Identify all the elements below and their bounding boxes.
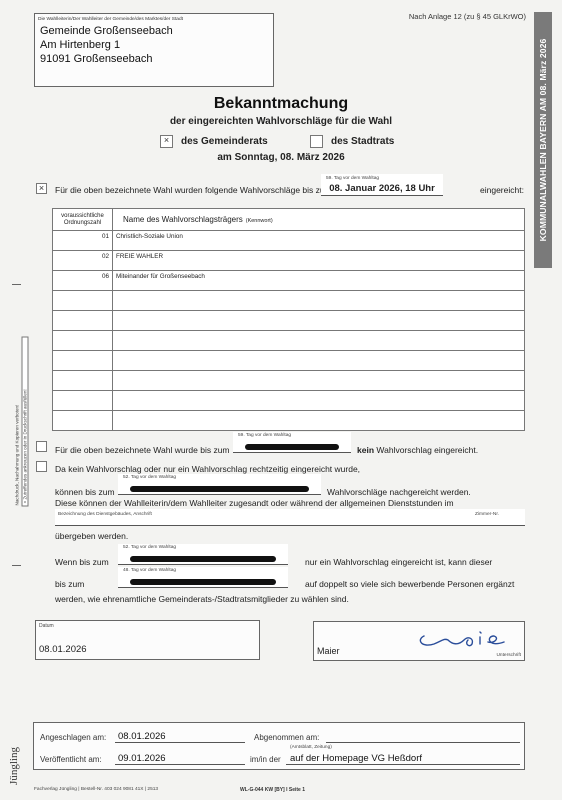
redacted-deadline [130, 486, 309, 492]
election-banner: KOMMUNALWAHLEN BAYERN AM 08. März 2026 [534, 12, 552, 268]
posted-label: Angeschlagen am: [40, 733, 106, 742]
table-row [53, 331, 525, 351]
table-row: 02FREIE WAHLER [53, 251, 525, 271]
submitted-deadline-field[interactable]: 59. Tag vor dem Wahltag 08. Januar 2026,… [321, 174, 443, 196]
diese-text: Diese können der Wahlleiterin/dem Wahlle… [55, 498, 454, 508]
table-row [53, 291, 525, 311]
checkbox-none-submitted[interactable] [36, 441, 47, 452]
header-number: voraussichtliche Ordnungszahl [53, 209, 113, 231]
table-row [53, 311, 525, 331]
row-number[interactable] [53, 411, 113, 431]
sender-caption: Die Wahlleiterin/Der Wahlleiter der Geme… [38, 17, 183, 22]
none-deadline-caption: 59. Tag vor dem Wahltag [238, 433, 291, 438]
table-row [53, 411, 525, 431]
signature-field[interactable]: Maier Unterschrift [313, 621, 525, 661]
kein-bold: kein [357, 445, 374, 455]
doppelt-text: auf doppelt so viele sich bewerbende Per… [305, 579, 514, 589]
in-label: im/in der [250, 755, 281, 764]
sender-line-3: 91091 Großenseebach [40, 53, 153, 65]
row-name[interactable] [113, 311, 525, 331]
office-address-field[interactable]: Bezeichnung des Dienstgebäudes, Anschrif… [55, 509, 525, 526]
wenn-deadline-field[interactable]: 52. Tag vor dem Wahltag [118, 544, 288, 565]
header-name-text: Name des Wahlvorschlagsträgers [123, 215, 243, 224]
posted-value: 08.01.2026 [118, 731, 166, 742]
koennen-text: können bis zum [55, 487, 115, 497]
bis-deadline-field[interactable]: 48. Tag vor dem Wahltag [118, 567, 288, 588]
table-row: 01Christlich-Soziale Union [53, 231, 525, 251]
submitted-suffix: eingereicht: [480, 185, 524, 195]
redacted-deadline [130, 579, 276, 585]
instruction-mark: × [23, 501, 28, 504]
election-date: am Sonntag, 08. März 2026 [0, 152, 562, 163]
row-name[interactable] [113, 391, 525, 411]
row-number[interactable] [53, 291, 113, 311]
table-row: 06Miteinander für Großenseebach [53, 271, 525, 291]
row-number[interactable]: 02 [53, 251, 113, 271]
werden-text: werden, wie ehrenamtliche Gemeinderats-/… [55, 594, 349, 604]
none-deadline-field[interactable]: 59. Tag vor dem Wahltag [233, 432, 351, 453]
room-caption: Zimmer-Nr. [475, 512, 499, 517]
row-name[interactable] [113, 411, 525, 431]
date-value: 08.01.2026 [39, 644, 87, 655]
nurein-text: nur ein Wahlvorschlag eingereicht ist, k… [305, 557, 492, 567]
date-field[interactable]: Datum 08.01.2026 [35, 620, 260, 660]
late-deadline-caption: 52. Tag vor dem Wahltag [123, 475, 176, 480]
checkbox-late-submission[interactable] [36, 461, 47, 472]
removed-label: Abgenommen am: [254, 733, 319, 742]
page-subtitle: der eingereichten Wahlvorschläge für die… [0, 116, 562, 127]
row-name[interactable]: Christlich-Soziale Union [113, 231, 525, 251]
table-row [53, 371, 525, 391]
office-caption: Bezeichnung des Dienstgebäudes, Anschrif… [58, 512, 152, 517]
row-name[interactable]: Miteinander für Großenseebach [113, 271, 525, 291]
none-submitted-suffix: kein Wahlvorschlag eingereicht. [357, 445, 478, 455]
row-number[interactable] [53, 391, 113, 411]
table-row [53, 351, 525, 371]
footer-form-id: WL-G-044 KW [BY] I Seite 1 [240, 787, 305, 793]
table-header-row: voraussichtliche Ordnungszahl Name des W… [53, 209, 525, 231]
bis-deadline-caption: 48. Tag vor dem Wahltag [123, 568, 176, 573]
nachgereicht-text: Wahlvorschläge nachgereicht werden. [327, 487, 471, 497]
checkbox-stadtrat[interactable] [310, 135, 323, 148]
row-name[interactable] [113, 291, 525, 311]
late-deadline-field[interactable]: 52. Tag vor dem Wahltag [118, 474, 321, 495]
submitted-text: Für die oben bezeichnete Wahl wurden fol… [55, 185, 332, 195]
deadline-value: 08. Januar 2026, 18 Uhr [321, 183, 443, 194]
sender-line-2: Am Hirtenberg 1 [40, 39, 120, 51]
copyright-note: Nachdruck, Nachahmung und Kopieren verbo… [15, 336, 20, 506]
fold-mark [12, 565, 21, 566]
deadline-caption: 59. Tag vor dem Wahltag [326, 176, 379, 181]
signature-caption: Unterschrift [496, 653, 521, 658]
header-name: Name des Wahlvorschlagsträgers(Kennwort) [113, 209, 525, 231]
publisher-logo: Jüngling [3, 742, 25, 790]
header-name-note: (Kennwort) [246, 218, 273, 224]
late-submission-text: Da kein Wahlvorschlag oder nur ein Wahlv… [55, 464, 360, 474]
signer-name: Maier [317, 646, 340, 656]
sender-address-box: Die Wahlleiterin/Der Wahlleiter der Geme… [34, 13, 274, 87]
row-number[interactable] [53, 331, 113, 351]
sender-line-1: Gemeinde Großenseebach [40, 25, 173, 37]
proposals-table: voraussichtliche Ordnungszahl Name des W… [52, 208, 525, 431]
fold-mark [12, 284, 21, 285]
brand-text: Jüngling [8, 747, 20, 785]
footer-publisher: Fachverlag Jüngling | Bestell-Nr. 403 02… [34, 787, 158, 792]
published-label: Veröffentlicht am: [40, 755, 102, 764]
in-caption: (Amtsblatt, Zeitung) [290, 745, 332, 750]
removed-field[interactable] [326, 730, 520, 743]
wenn-text: Wenn bis zum [55, 557, 109, 567]
redacted-deadline [130, 556, 276, 562]
row-number[interactable]: 01 [53, 231, 113, 251]
row-name[interactable] [113, 371, 525, 391]
instruction-note: × Zutreffendes ankreuzen oder in Drucksc… [22, 337, 29, 507]
checkbox-gemeinderat[interactable]: × [160, 135, 173, 148]
redacted-deadline [245, 444, 339, 450]
banner-text: KOMMUNALWAHLEN BAYERN AM 08. März 2026 [538, 39, 548, 242]
row-name[interactable] [113, 351, 525, 371]
annex-reference: Nach Anlage 12 (zu § 45 GLKrWO) [409, 12, 526, 21]
row-number[interactable] [53, 371, 113, 391]
row-number[interactable] [53, 311, 113, 331]
label-stadtrat: des Stadtrats [331, 136, 394, 147]
in-value: auf der Homepage VG Heßdorf [290, 753, 422, 764]
none-suffix-text: Wahlvorschlag eingereicht. [376, 445, 478, 455]
label-gemeinderat: des Gemeinderats [181, 136, 268, 147]
row-number[interactable]: 06 [53, 271, 113, 291]
none-submitted-text: Für die oben bezeichnete Wahl wurde bis … [55, 445, 230, 455]
wenn-deadline-caption: 52. Tag vor dem Wahltag [123, 545, 176, 550]
row-name[interactable]: FREIE WAHLER [113, 251, 525, 271]
margin-notes: Nachdruck, Nachahmung und Kopieren verbo… [2, 335, 24, 505]
row-name[interactable] [113, 331, 525, 351]
published-value: 09.01.2026 [118, 753, 166, 764]
table-row [53, 391, 525, 411]
checkbox-submitted[interactable]: × [36, 183, 47, 194]
row-number[interactable] [53, 351, 113, 371]
date-caption: Datum [39, 623, 54, 629]
signature-icon [414, 628, 514, 650]
page-title: Bekanntmachung [0, 95, 562, 113]
biszum-text: bis zum [55, 579, 84, 589]
uebergeben-text: übergeben werden. [55, 531, 128, 541]
instruction-text: Zutreffendes ankreuzen oder in Druckschr… [23, 389, 28, 499]
